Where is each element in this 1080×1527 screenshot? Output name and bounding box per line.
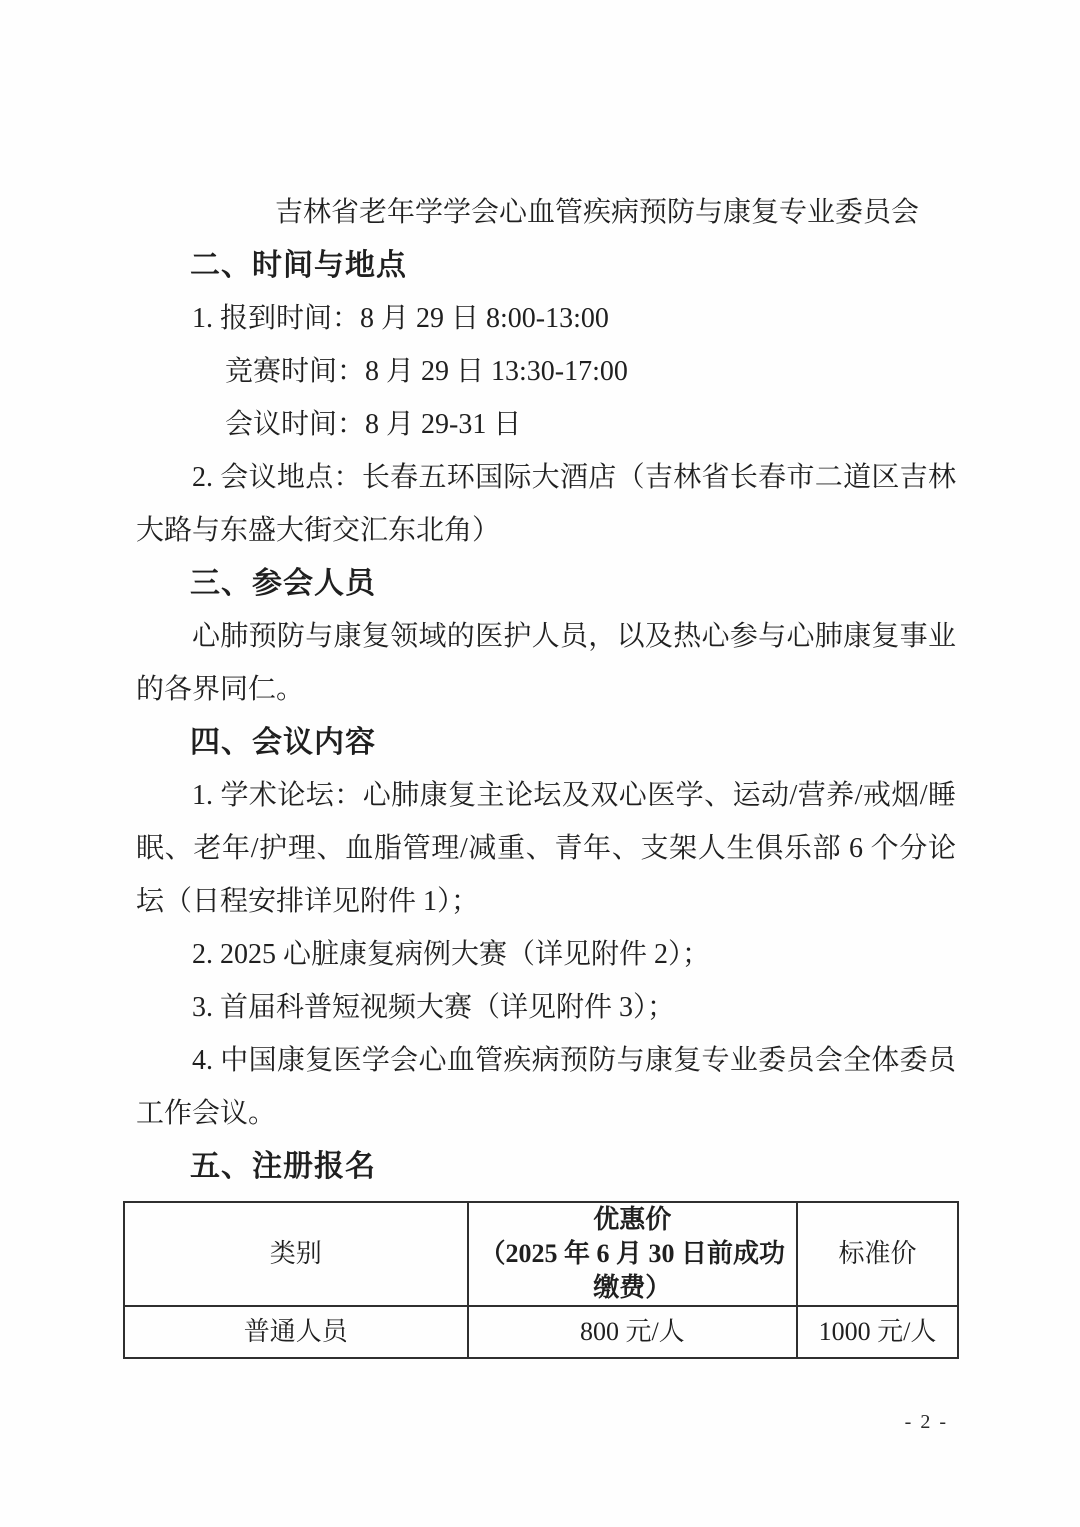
content-item-video-competition: 3. 首届科普短视频大赛（详见附件 3）； <box>136 981 956 1034</box>
meeting-location-paragraph: 2. 会议地点：长春五环国际大酒店（吉林省长春市二道区吉林大路与东盛大街交汇东北… <box>136 451 956 557</box>
table-header-category: 类别 <box>124 1202 468 1306</box>
section-heading-time-location: 二、时间与地点 <box>136 239 956 292</box>
table-row: 普通人员 800 元/人 1000 元/人 <box>124 1306 958 1358</box>
section-heading-registration: 五、注册报名 <box>136 1140 956 1193</box>
content-item-academic-forum: 1. 学术论坛：心肺康复主论坛及双心医学、运动/营养/戒烟/睡眠、老年/护理、血… <box>136 769 956 928</box>
checkin-time-line: 1. 报到时间：8 月 29 日 8:00-13:00 <box>136 292 956 345</box>
organizer-name-line: 吉林省老年学学会心血管疾病预防与康复专业委员会 <box>136 186 956 239</box>
page-number: - 2 - <box>905 1408 948 1436</box>
content-item-committee-meeting: 4. 中国康复医学会心血管疾病预防与康复专业委员会全体委员工作会议。 <box>136 1034 956 1140</box>
document-body: 吉林省老年学学会心血管疾病预防与康复专业委员会 二、时间与地点 1. 报到时间：… <box>136 186 956 1359</box>
registration-fee-table: 类别 优惠价 （2025 年 6 月 30 日前成功缴费） 标准价 普通人员 8… <box>123 1201 959 1359</box>
table-cell-category: 普通人员 <box>124 1306 468 1358</box>
section-heading-participants: 三、参会人员 <box>136 557 956 610</box>
table-header-row: 类别 优惠价 （2025 年 6 月 30 日前成功缴费） 标准价 <box>124 1202 958 1306</box>
table-header-discount-price-deadline: （2025 年 6 月 30 日前成功缴费） <box>473 1237 792 1305</box>
meeting-time-line: 会议时间：8 月 29-31 日 <box>136 398 956 451</box>
table-cell-standard-price: 1000 元/人 <box>797 1306 958 1358</box>
participants-paragraph: 心肺预防与康复领域的医护人员，以及热心参与心肺康复事业的各界同仁。 <box>136 610 956 716</box>
content-item-case-competition: 2. 2025 心脏康复病例大赛（详见附件 2）； <box>136 928 956 981</box>
table-header-discount-price: 优惠价 （2025 年 6 月 30 日前成功缴费） <box>468 1202 797 1306</box>
table-cell-discount-price: 800 元/人 <box>468 1306 797 1358</box>
section-heading-contents: 四、会议内容 <box>136 716 956 769</box>
document-page: 吉林省老年学学会心血管疾病预防与康复专业委员会 二、时间与地点 1. 报到时间：… <box>0 0 1080 1527</box>
table-header-discount-price-title: 优惠价 <box>473 1203 792 1237</box>
table-header-standard-price: 标准价 <box>797 1202 958 1306</box>
competition-time-line: 竞赛时间：8 月 29 日 13:30-17:00 <box>136 345 956 398</box>
